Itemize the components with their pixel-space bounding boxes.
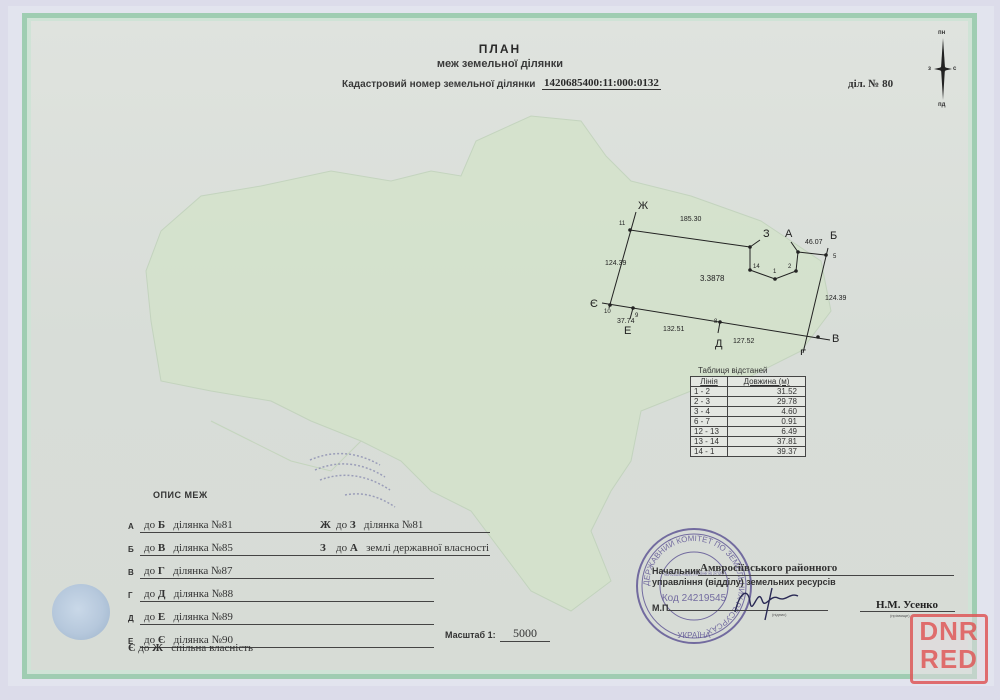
length-e-d: 132.51 xyxy=(663,326,685,333)
length-cell: 31.52 xyxy=(728,387,806,397)
length-cell: 4.60 xyxy=(728,407,806,417)
vertex-10: 10 xyxy=(604,309,611,315)
plot-number: діл. № 80 xyxy=(848,78,893,90)
name-underline xyxy=(860,611,955,612)
compass-rose: пн пд з с xyxy=(928,30,958,110)
boundary-row: Здо А землі державної власності xyxy=(320,542,490,556)
vertex-9: 9 xyxy=(635,313,639,319)
corner-label-d: Д xyxy=(715,338,723,350)
boundary-start-letter: Г xyxy=(128,591,133,600)
boundary-underline xyxy=(140,601,434,602)
table-row: 1 - 231.52 xyxy=(691,387,806,397)
vertex-2: 2 xyxy=(788,264,792,270)
boundary-underline xyxy=(320,555,490,556)
boundary-row: Ждо З ділянка №81 xyxy=(320,519,490,533)
vertex-14: 14 xyxy=(753,264,760,270)
boundaries-title: ОПИС МЕЖ xyxy=(153,490,208,500)
length-cell: 37.81 xyxy=(728,437,806,447)
column-header-length: Довжина (м) xyxy=(728,377,806,387)
length-cell: 39.37 xyxy=(728,447,806,457)
boundary-row-text: до В ділянка №85 xyxy=(144,542,233,554)
length-a-b: 46.07 xyxy=(805,239,823,246)
corner-label-b: Б xyxy=(830,230,837,242)
boundary-row-text: до Г ділянка №87 xyxy=(144,565,233,577)
vertex-11: 11 xyxy=(619,221,626,227)
corner-label-zh: Ж xyxy=(638,200,648,212)
faint-stamp-mark xyxy=(305,445,405,515)
line-cell: 14 - 1 xyxy=(691,447,728,457)
document-subtitle: меж земельної ділянки xyxy=(410,58,590,70)
line-cell: 2 - 3 xyxy=(691,397,728,407)
hologram-seal xyxy=(52,584,110,640)
compass-needle-icon xyxy=(928,30,958,110)
length-cell: 0.91 xyxy=(728,417,806,427)
document-title: ПЛАН xyxy=(470,42,530,56)
boundary-start-letter: Б xyxy=(128,545,134,554)
chief-underline xyxy=(698,575,954,576)
handwritten-signature xyxy=(730,582,805,622)
vertex-5: 5 xyxy=(833,254,837,260)
distance-table-caption: Таблиця відстаней xyxy=(698,366,768,375)
seal-place-label: М.П. xyxy=(652,603,671,613)
boundary-underline xyxy=(320,532,490,533)
watermark-line-2: RED xyxy=(913,645,985,673)
boundary-start-letter: А xyxy=(128,522,134,531)
length-right: 124.39 xyxy=(825,295,847,302)
boundary-start-letter: Ж xyxy=(320,519,331,531)
boundary-start-letter: З xyxy=(320,542,326,554)
watermark-line-1: DNR xyxy=(913,617,985,645)
length-d-v: 127.52 xyxy=(733,338,755,345)
column-header-line: Лінія xyxy=(691,377,728,387)
table-row: 2 - 329.78 xyxy=(691,397,806,407)
scale-value: 5000 xyxy=(500,626,550,642)
name-caption: (прізвище) xyxy=(890,613,910,618)
table-row: 6 - 70.91 xyxy=(691,417,806,427)
corner-label-e: Е xyxy=(624,325,631,337)
corner-label-v: В xyxy=(832,333,839,345)
boundary-row-text: до Д ділянка №88 xyxy=(144,588,233,600)
boundary-start-letter: Д xyxy=(128,614,134,623)
vertex-1: 1 xyxy=(773,269,777,275)
chief-organization: Амвросіївського районного xyxy=(700,562,837,574)
table-row: 12 - 136.49 xyxy=(691,427,806,437)
table-row: 13 - 1437.81 xyxy=(691,437,806,447)
boundary-underline xyxy=(140,578,434,579)
official-name: Н.М. Усенко xyxy=(876,599,938,611)
boundary-row-text: до Е ділянка №89 xyxy=(144,611,233,623)
svg-text:УКРАЇНА: УКРАЇНА xyxy=(677,631,711,640)
scale-label: Масштаб 1: xyxy=(445,630,496,640)
boundary-row-text: до З ділянка №81 xyxy=(336,519,423,531)
corner-label-g: Г xyxy=(800,348,806,355)
line-cell: 12 - 13 xyxy=(691,427,728,437)
corner-label-ye: Є xyxy=(590,298,598,310)
plot-boundary-drawing: Ж З А Б В Г Д Е Є 11 14 1 2 5 8 9 10 185… xyxy=(590,195,860,355)
distance-table: Лінія Довжина (м) 1 - 231.522 - 329.783 … xyxy=(690,376,806,457)
line-cell: 6 - 7 xyxy=(691,417,728,427)
table-row: 14 - 139.37 xyxy=(691,447,806,457)
dnr-red-watermark: DNR RED xyxy=(910,614,988,684)
boundary-row-text: Є до Ж спільна власність xyxy=(128,642,253,654)
cadastral-number-label: Кадастровий номер земельної ділянки xyxy=(342,79,535,90)
length-ye-e: 37.74 xyxy=(617,318,635,325)
boundary-row: Ддо Е ділянка №89 xyxy=(128,611,434,625)
line-cell: 13 - 14 xyxy=(691,437,728,447)
length-top: 185.30 xyxy=(680,216,702,223)
boundary-row: Вдо Г ділянка №87 xyxy=(128,565,434,579)
boundary-row-text: до А землі державної власності xyxy=(336,542,489,554)
boundary-row-text: до Б ділянка №81 xyxy=(144,519,233,531)
boundary-underline xyxy=(140,624,434,625)
corner-label-z: З xyxy=(763,228,770,240)
svg-text:Код 24219545: Код 24219545 xyxy=(662,593,727,604)
corner-label-a: А xyxy=(785,228,793,240)
length-left: 124.39 xyxy=(605,260,627,267)
chief-label: Начальник xyxy=(652,566,700,576)
boundary-start-letter: В xyxy=(128,568,134,577)
line-cell: 3 - 4 xyxy=(691,407,728,417)
boundary-row: Гдо Д ділянка №88 xyxy=(128,588,434,602)
line-cell: 1 - 2 xyxy=(691,387,728,397)
boundary-row-last: Є до Ж спільна власність xyxy=(128,642,428,656)
length-cell: 29.78 xyxy=(728,397,806,407)
cadastral-number-value: 1420685400:11:000:0132 xyxy=(542,77,661,90)
length-cell: 6.49 xyxy=(728,427,806,437)
plot-area: 3.3878 xyxy=(700,274,725,283)
table-row: 3 - 44.60 xyxy=(691,407,806,417)
